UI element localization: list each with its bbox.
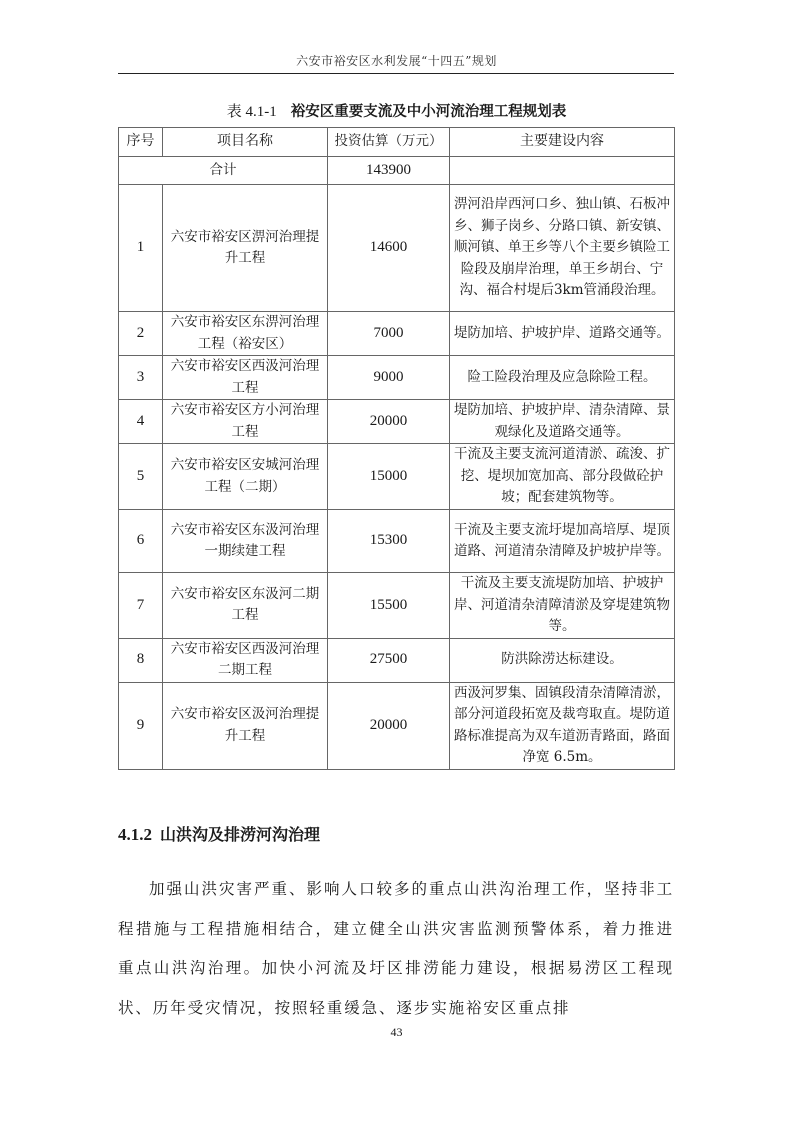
row-investment: 27500 bbox=[328, 638, 450, 682]
table-row: 6 六安市裕安区东汲河治理一期续建工程 15300 干流及主要支流圩堤加高培厚、… bbox=[119, 510, 675, 573]
section-number: 4.1.2 bbox=[118, 825, 152, 844]
row-investment: 20000 bbox=[328, 682, 450, 769]
row-content: 险工险段治理及应急除险工程。 bbox=[450, 356, 675, 400]
header-name: 项目名称 bbox=[163, 128, 328, 157]
row-index: 1 bbox=[119, 185, 163, 312]
row-investment: 7000 bbox=[328, 312, 450, 356]
total-label: 合计 bbox=[119, 157, 328, 185]
row-content: 防洪除涝达标建设。 bbox=[450, 638, 675, 682]
row-index: 9 bbox=[119, 682, 163, 769]
header-index: 序号 bbox=[119, 128, 163, 157]
table-row: 5 六安市裕安区安城河治理工程（二期） 15000 干流及主要支流河道清淤、疏浚… bbox=[119, 444, 675, 510]
table-row: 2 六安市裕安区东淠河治理工程（裕安区） 7000 堤防加培、护坡护岸、道路交通… bbox=[119, 312, 675, 356]
project-plan-table: 序号 项目名称 投资估算（万元） 主要建设内容 合计 143900 1 六安市裕… bbox=[118, 127, 675, 770]
row-content: 淠河沿岸西河口乡、独山镇、石板冲乡、狮子岗乡、分路口镇、新安镇、顺河镇、单王乡等… bbox=[450, 185, 675, 312]
table-header-row: 序号 项目名称 投资估算（万元） 主要建设内容 bbox=[119, 128, 675, 157]
table-row: 7 六安市裕安区东汲河二期工程 15500 干流及主要支流堤防加培、护坡护岸、河… bbox=[119, 573, 675, 639]
total-row: 合计 143900 bbox=[119, 157, 675, 185]
header-rule bbox=[118, 73, 674, 74]
row-index: 5 bbox=[119, 444, 163, 510]
row-index: 3 bbox=[119, 356, 163, 400]
row-name: 六安市裕安区西汲河治理二期工程 bbox=[163, 638, 328, 682]
row-content: 干流及主要支流堤防加培、护坡护岸、河道清杂清障清淤及穿堤建筑物等。 bbox=[450, 573, 675, 639]
table-row: 8 六安市裕安区西汲河治理二期工程 27500 防洪除涝达标建设。 bbox=[119, 638, 675, 682]
row-content: 堤防加培、护坡护岸、清杂清障、景观绿化及道路交通等。 bbox=[450, 400, 675, 444]
row-content: 干流及主要支流河道清淤、疏浚、扩挖、堤坝加宽加高、部分段做砼护坡；配套建筑物等。 bbox=[450, 444, 675, 510]
row-index: 4 bbox=[119, 400, 163, 444]
row-name: 六安市裕安区淠河治理提升工程 bbox=[163, 185, 328, 312]
table-caption-title: 裕安区重要支流及中小河流治理工程规划表 bbox=[291, 104, 567, 120]
row-name: 六安市裕安区东淠河治理工程（裕安区） bbox=[163, 312, 328, 356]
total-investment: 143900 bbox=[328, 157, 450, 185]
table-row: 9 六安市裕安区汲河治理提升工程 20000 西汲河罗集、固镇段清杂清障清淤，部… bbox=[119, 682, 675, 769]
row-index: 6 bbox=[119, 510, 163, 573]
table-caption: 表 4.1-1裕安区重要支流及中小河流治理工程规划表 bbox=[0, 100, 793, 121]
row-investment: 15500 bbox=[328, 573, 450, 639]
header-investment: 投资估算（万元） bbox=[328, 128, 450, 157]
row-investment: 15000 bbox=[328, 444, 450, 510]
row-index: 7 bbox=[119, 573, 163, 639]
page-number: 43 bbox=[0, 1025, 793, 1040]
row-name: 六安市裕安区西汲河治理工程 bbox=[163, 356, 328, 400]
row-index: 2 bbox=[119, 312, 163, 356]
row-investment: 20000 bbox=[328, 400, 450, 444]
row-investment: 14600 bbox=[328, 185, 450, 312]
running-header: 六安市裕安区水利发展“十四五”规划 bbox=[0, 52, 793, 69]
row-name: 六安市裕安区安城河治理工程（二期） bbox=[163, 444, 328, 510]
row-index: 8 bbox=[119, 638, 163, 682]
table-row: 1 六安市裕安区淠河治理提升工程 14600 淠河沿岸西河口乡、独山镇、石板冲乡… bbox=[119, 185, 675, 312]
row-content: 西汲河罗集、固镇段清杂清障清淤，部分河道段拓宽及裁弯取直。堤防道路标准提高为双车… bbox=[450, 682, 675, 769]
table-row: 4 六安市裕安区方小河治理工程 20000 堤防加培、护坡护岸、清杂清障、景观绿… bbox=[119, 400, 675, 444]
total-content bbox=[450, 157, 675, 185]
row-content: 堤防加培、护坡护岸、道路交通等。 bbox=[450, 312, 675, 356]
section-title: 山洪沟及排涝河沟治理 bbox=[160, 825, 320, 844]
table-row: 3 六安市裕安区西汲河治理工程 9000 险工险段治理及应急除险工程。 bbox=[119, 356, 675, 400]
row-content: 干流及主要支流圩堤加高培厚、堤顶道路、河道清杂清障及护坡护岸等。 bbox=[450, 510, 675, 573]
section-heading: 4.1.2山洪沟及排涝河沟治理 bbox=[118, 822, 320, 845]
row-name: 六安市裕安区汲河治理提升工程 bbox=[163, 682, 328, 769]
row-investment: 15300 bbox=[328, 510, 450, 573]
row-name: 六安市裕安区方小河治理工程 bbox=[163, 400, 328, 444]
header-content: 主要建设内容 bbox=[450, 128, 675, 157]
body-paragraph: 加强山洪灾害严重、影响人口较多的重点山洪沟治理工作，坚持非工程措施与工程措施相结… bbox=[118, 870, 674, 1028]
table-caption-number: 表 4.1-1 bbox=[227, 104, 277, 120]
row-name: 六安市裕安区东汲河二期工程 bbox=[163, 573, 328, 639]
row-investment: 9000 bbox=[328, 356, 450, 400]
row-name: 六安市裕安区东汲河治理一期续建工程 bbox=[163, 510, 328, 573]
